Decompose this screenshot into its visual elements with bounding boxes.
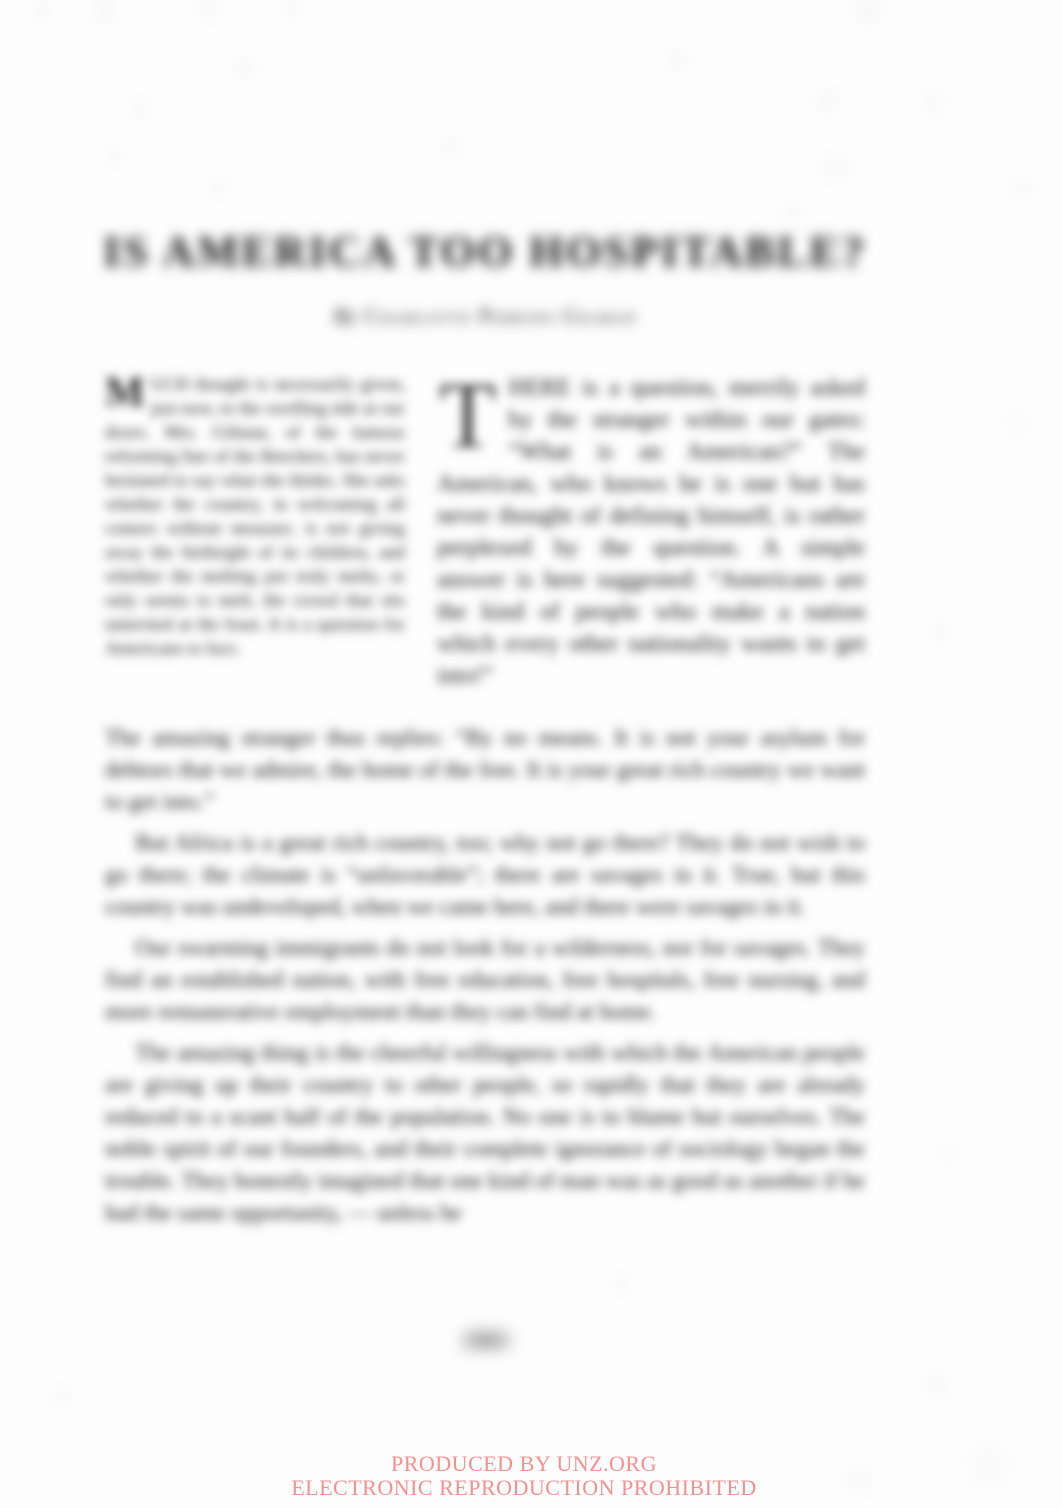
watermark-line-1: PRODUCED BY UNZ.ORG bbox=[0, 1452, 1048, 1476]
scan-smudge bbox=[814, 146, 862, 190]
scanned-document-page: IS AMERICA TOO HOSPITABLE? ByCharlotte P… bbox=[0, 0, 1062, 1508]
opening-columns: MUCH thought is necessarily given, just … bbox=[105, 372, 865, 692]
scan-smudge bbox=[188, 0, 228, 28]
scan-smudge bbox=[912, 84, 954, 122]
scan-smudge bbox=[604, 1268, 638, 1300]
article-opening-column: THERE is a question, merrily asked by th… bbox=[437, 372, 865, 692]
scan-smudge bbox=[82, 0, 126, 30]
scan-smudge bbox=[922, 614, 960, 650]
scan-smudge bbox=[276, 0, 310, 26]
watermark-line-2: ELECTRONIC REPRODUCTION PROHIBITED bbox=[0, 1476, 1048, 1500]
byline: ByCharlotte Perkins Gilman bbox=[105, 303, 865, 329]
scan-smudge bbox=[916, 1366, 958, 1406]
article-body: The amazing stranger thus replies: “By n… bbox=[105, 722, 865, 1238]
article-drop-cap: T bbox=[439, 376, 496, 456]
editor-note-text: UCH thought is necessarily given, just n… bbox=[105, 374, 405, 658]
scan-smudge bbox=[44, 1380, 80, 1414]
scan-smudge bbox=[430, 128, 472, 166]
scan-smudge bbox=[772, 194, 810, 230]
scan-smudge bbox=[1002, 168, 1044, 208]
byline-author: Charlotte Perkins Gilman bbox=[364, 303, 636, 328]
article-paragraph: The amazing stranger thus replies: “By n… bbox=[105, 722, 865, 818]
scan-smudge bbox=[26, 0, 58, 26]
page-number: 1983 bbox=[105, 1328, 865, 1354]
byline-prefix: By bbox=[333, 303, 356, 328]
editor-note-column: MUCH thought is necessarily given, just … bbox=[105, 372, 405, 692]
scan-smudge bbox=[120, 92, 158, 128]
scan-smudge bbox=[844, 0, 892, 32]
scan-smudge bbox=[928, 1136, 964, 1170]
article-paragraph: The amazing thing is the cheerful willin… bbox=[105, 1037, 865, 1229]
article-opening-text: HERE is a question, merrily asked by the… bbox=[437, 375, 865, 689]
scan-smudge bbox=[98, 142, 130, 172]
scan-smudge bbox=[224, 48, 266, 88]
page-title: IS AMERICA TOO HOSPITABLE? bbox=[90, 226, 880, 277]
scan-smudge bbox=[200, 170, 236, 204]
article-paragraph: Our swarming immigrants do not look for … bbox=[105, 932, 865, 1028]
editor-note-drop-cap: M bbox=[105, 374, 145, 412]
scan-smudge bbox=[660, 42, 698, 78]
article-paragraph: But Africa is a great rich country, too;… bbox=[105, 827, 865, 923]
scan-smudge bbox=[998, 406, 1036, 442]
watermark-footer: PRODUCED BY UNZ.ORG ELECTRONIC REPRODUCT… bbox=[0, 1452, 1048, 1500]
scan-smudge bbox=[806, 82, 848, 122]
